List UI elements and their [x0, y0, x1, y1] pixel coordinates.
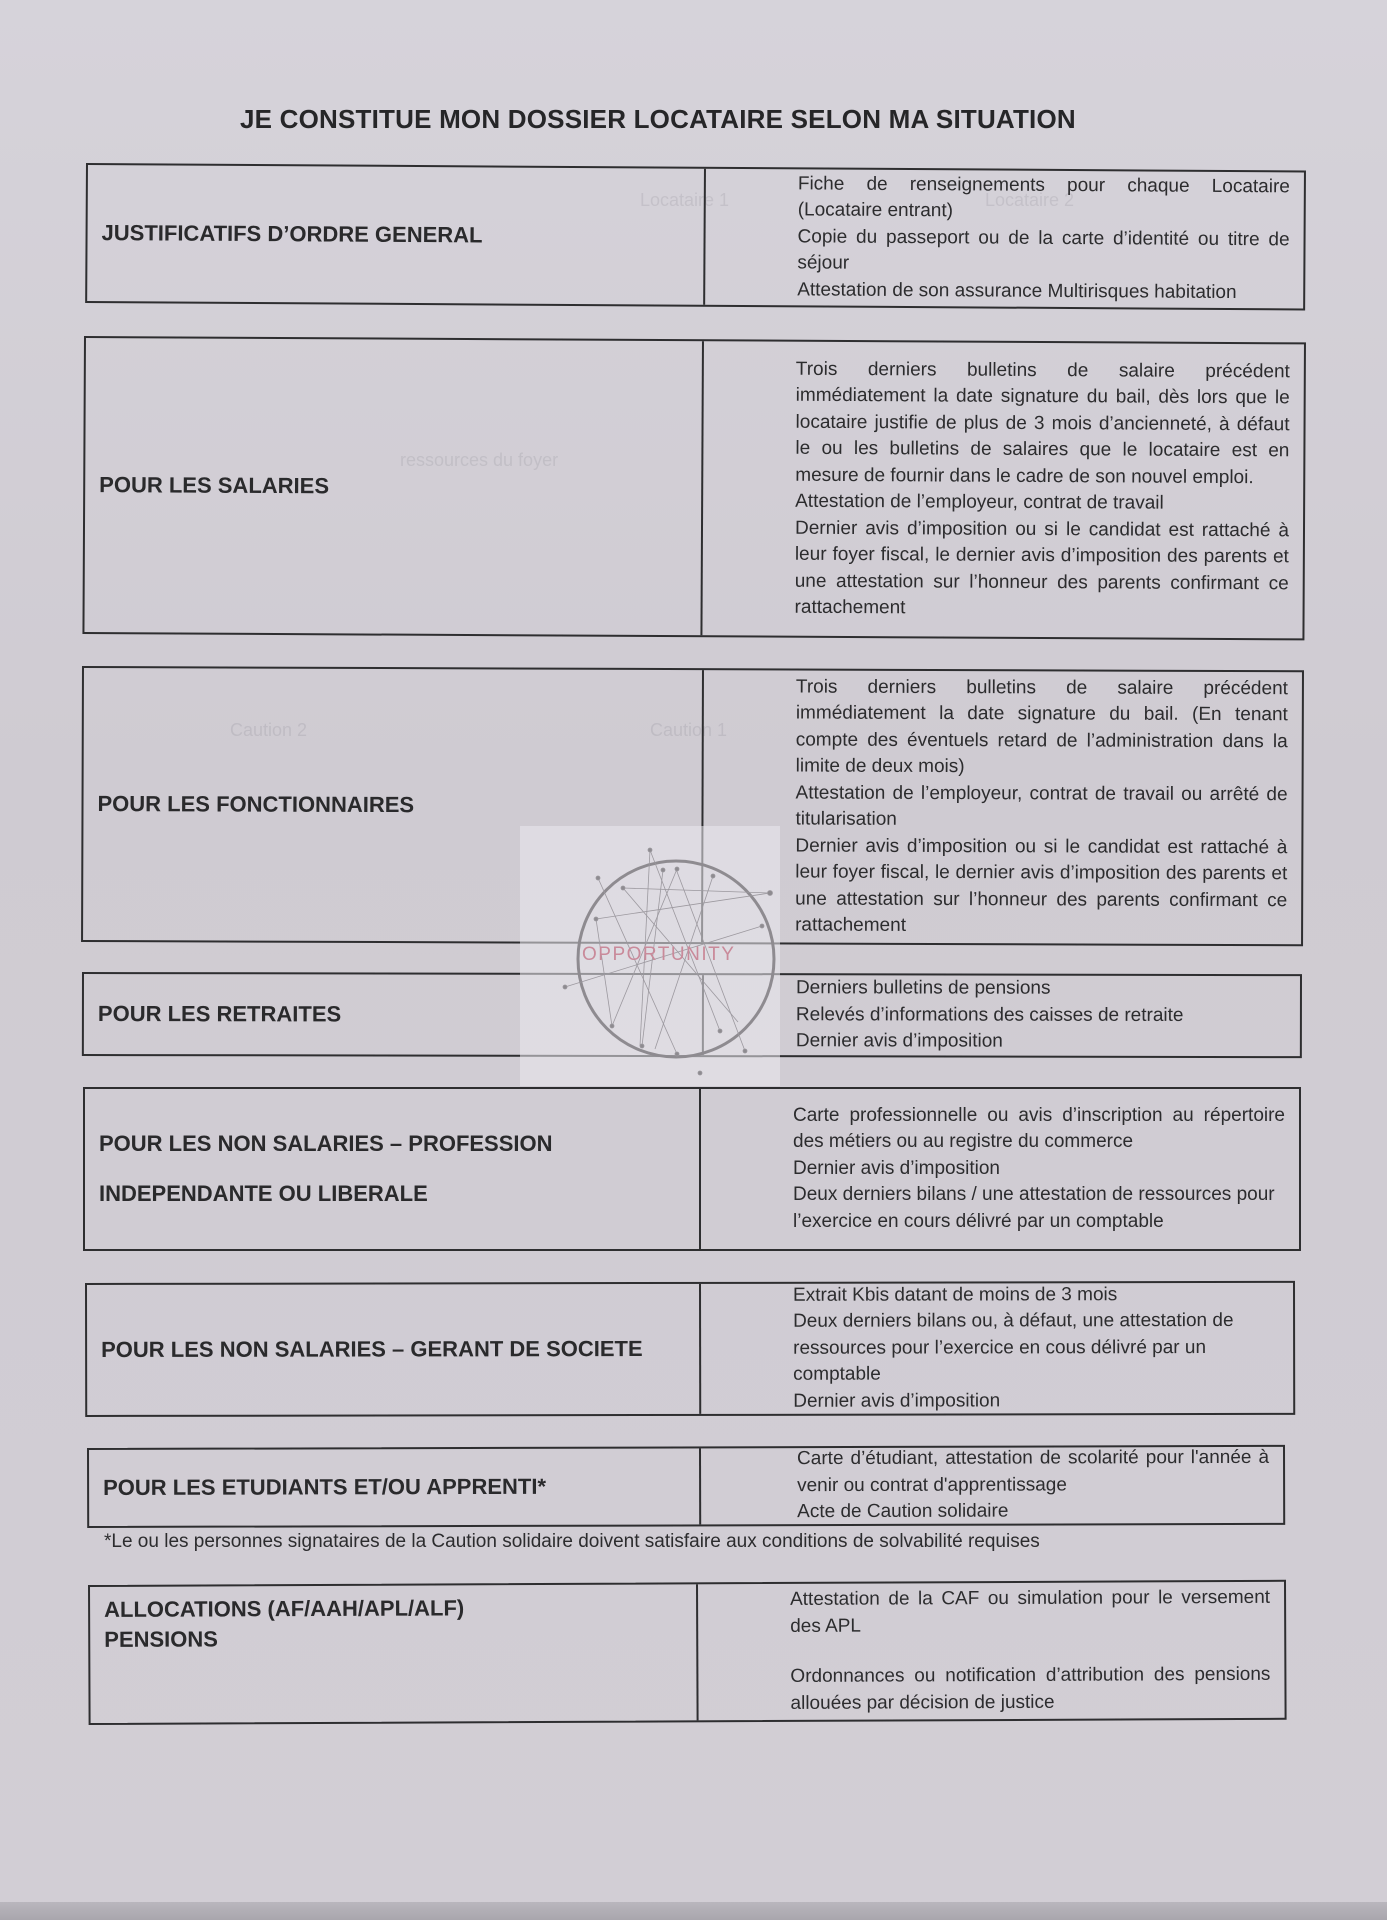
section-items: Carte professionnelle ou avis d’inscript… — [701, 1089, 1299, 1249]
section-items: Extrait Kbis datant de moins de 3 mois D… — [701, 1283, 1293, 1414]
section-allocations: ALLOCATIONS (AF/AAH/APL/ALF) PENSIONS At… — [88, 1580, 1287, 1725]
section-items: Carte d’étudiant, attestation de scolari… — [701, 1447, 1283, 1525]
stamp-text: OPPORTUNITY — [582, 944, 735, 966]
section-items: Attestation de la CAF ou simulation pour… — [698, 1582, 1285, 1721]
list-item: Attestation de son assurance Multirisque… — [797, 277, 1289, 307]
list-item: Trois derniers bulletins de salaire préc… — [795, 356, 1290, 491]
section-non-salaries-liberal: POUR LES NON SALARIES – PROFESSION INDEP… — [83, 1087, 1301, 1251]
list-item: Relevés d’informations des caisses de re… — [796, 1002, 1286, 1029]
section-retraites: POUR LES RETRAITES Derniers bulletins de… — [82, 972, 1302, 1058]
list-item: Derniers bulletins de pensions — [796, 975, 1286, 1002]
section-items: Trois derniers bulletins de salaire préc… — [703, 670, 1302, 944]
section-items: Trois derniers bulletins de salaire préc… — [702, 341, 1304, 638]
list-item: Extrait Kbis datant de moins de 3 mois — [793, 1282, 1279, 1309]
list-item: Carte d’étudiant, attestation de scolari… — [797, 1445, 1269, 1499]
list-item: Copie du passeport ou de la carte d’iden… — [797, 224, 1289, 280]
list-item: Attestation de l’employeur, contrat de t… — [795, 780, 1287, 835]
list-item: Dernier avis d’imposition — [796, 1028, 1286, 1055]
list-item: Attestation de la CAF ou simulation pour… — [790, 1585, 1270, 1640]
section-non-salaries-gerant: POUR LES NON SALARIES – GERANT DE SOCIET… — [85, 1281, 1295, 1417]
list-item: Dernier avis d’imposition — [793, 1388, 1279, 1415]
section-general: JUSTIFICATIFS D’ORDRE GENERAL Fiche de r… — [85, 163, 1306, 310]
list-item: Ordonnances ou notification d’attributio… — [790, 1662, 1270, 1717]
list-item: Trois derniers bulletins de salaire préc… — [796, 674, 1288, 782]
list-item: Fiche de renseignements pour chaque Loca… — [798, 171, 1290, 227]
section-label: POUR LES ETUDIANTS ET/OU APPRENTI* — [89, 1448, 701, 1526]
list-item: Carte professionnelle ou avis d’inscript… — [793, 1103, 1285, 1156]
list-item: Attestation de l’employeur, contrat de t… — [795, 489, 1289, 518]
document-page: Locataire 1 Locataire 2 ressources du fo… — [0, 0, 1387, 1920]
list-item: Deux derniers bilans ou, à défaut, une a… — [793, 1308, 1279, 1388]
list-item: Dernier avis d’imposition — [793, 1156, 1285, 1183]
list-item: Dernier avis d’imposition ou si le candi… — [795, 515, 1290, 624]
page-bottom-edge — [0, 1902, 1387, 1920]
list-item: Deux derniers bilans / une attestation d… — [793, 1182, 1285, 1235]
section-label: JUSTIFICATIFS D’ORDRE GENERAL — [87, 165, 706, 305]
section-salaries: POUR LES SALARIES Trois derniers bulleti… — [82, 336, 1306, 640]
footnote: *Le ou les personnes signataires de la C… — [104, 1531, 1040, 1553]
section-label: POUR LES FONCTIONNAIRES — [83, 668, 704, 942]
section-items: Fiche de renseignements pour chaque Loca… — [705, 169, 1304, 309]
section-label: ALLOCATIONS (AF/AAH/APL/ALF) PENSIONS — [90, 1584, 699, 1723]
list-item: Dernier avis d’imposition ou si le candi… — [795, 833, 1287, 941]
section-label: POUR LES RETRAITES — [84, 974, 704, 1055]
section-label: POUR LES NON SALARIES – GERANT DE SOCIET… — [87, 1284, 701, 1415]
section-etudiants: POUR LES ETUDIANTS ET/OU APPRENTI* Carte… — [87, 1445, 1285, 1528]
page-title: JE CONSTITUE MON DOSSIER LOCATAIRE SELON… — [240, 104, 1076, 135]
section-fonctionnaires: POUR LES FONCTIONNAIRES Trois derniers b… — [81, 666, 1304, 946]
section-label: POUR LES SALARIES — [84, 338, 704, 635]
section-items: Derniers bulletins de pensions Relevés d… — [704, 975, 1300, 1056]
list-item: Acte de Caution solidaire — [797, 1498, 1269, 1526]
section-label: POUR LES NON SALARIES – PROFESSION INDEP… — [85, 1089, 701, 1249]
